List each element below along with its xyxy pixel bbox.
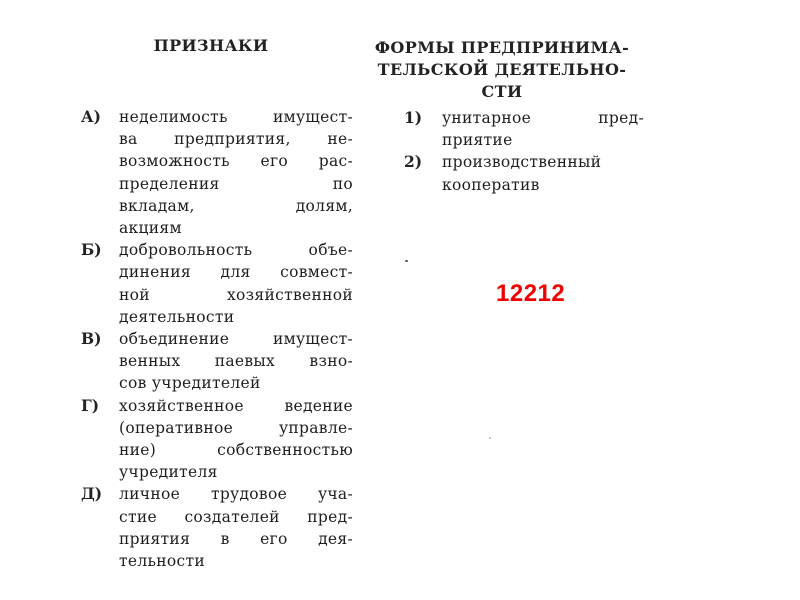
answer-code: 12212 [496, 280, 565, 308]
form-item: 2)производственныйкооператив [404, 151, 644, 195]
scan-speck [489, 437, 491, 439]
feature-item-text-line: ва предприятия, не- [119, 128, 353, 150]
feature-item-text-line: стие создателей пред- [119, 506, 353, 528]
form-item-text-line: производственный [442, 151, 644, 173]
feature-item-text-line: объединение имущест- [119, 328, 353, 350]
forms-header-line: ТЕЛЬСКОЙ ДЕЯТЕЛЬНО- [352, 59, 652, 81]
forms-column-header: ФОРМЫ ПРЕДПРИНИМА- ТЕЛЬСКОЙ ДЕЯТЕЛЬНО- С… [352, 37, 652, 103]
feature-item: Г)хозяйственное ведение(оперативное упра… [81, 395, 353, 484]
scan-speck [405, 260, 408, 262]
feature-item-text-line: сов учредителей [119, 372, 353, 394]
feature-item-text-line: венных паевых взно- [119, 350, 353, 372]
feature-item-marker: Б) [81, 239, 102, 261]
feature-item-marker: А) [81, 106, 101, 128]
feature-item-text-line: учредителя [119, 461, 353, 483]
feature-item-text-line: возможность его рас- [119, 150, 353, 172]
form-item-marker: 2) [404, 151, 422, 173]
form-item: 1)унитарное пред-приятие [404, 107, 644, 151]
feature-item-text-line: вкладам, долям, [119, 195, 353, 217]
forms-header-line: СТИ [352, 81, 652, 103]
forms-list: 1)унитарное пред-приятие2)производственн… [404, 107, 644, 196]
form-item-marker: 1) [404, 107, 422, 129]
feature-item-text-line: хозяйственное ведение [119, 395, 353, 417]
feature-item-marker: В) [81, 328, 101, 350]
form-item-text-line: приятие [442, 129, 644, 151]
feature-item-text-line: личное трудовое уча- [119, 483, 353, 505]
feature-item-text-line: (оперативное управле- [119, 417, 353, 439]
features-list: А)неделимость имущест-ва предприятия, не… [81, 106, 353, 572]
feature-item-text-line: неделимость имущест- [119, 106, 353, 128]
feature-item-text-line: динения для совмест- [119, 261, 353, 283]
feature-item-marker: Д) [81, 483, 102, 505]
features-column-header: ПРИЗНАКИ [136, 35, 286, 57]
feature-item-text-line: ние) собственностью [119, 439, 353, 461]
feature-item-text-line: приятия в его дея- [119, 528, 353, 550]
forms-header-line: ФОРМЫ ПРЕДПРИНИМА- [352, 37, 652, 59]
feature-item-text-line: деятельности [119, 306, 353, 328]
feature-item: Д)личное трудовое уча-стие создателей пр… [81, 483, 353, 572]
feature-item-text-line: добровольность объе- [119, 239, 353, 261]
form-item-text-line: кооператив [442, 174, 644, 196]
feature-item: Б)добровольность объе-динения для совмес… [81, 239, 353, 328]
feature-item: В)объединение имущест-венных паевых взно… [81, 328, 353, 395]
feature-item-text-line: ной хозяйственной [119, 284, 353, 306]
feature-item-text-line: акциям [119, 217, 353, 239]
feature-item: А)неделимость имущест-ва предприятия, не… [81, 106, 353, 239]
feature-item-text-line: тельности [119, 550, 353, 572]
feature-item-marker: Г) [81, 395, 99, 417]
feature-item-text-line: пределения по [119, 173, 353, 195]
form-item-text-line: унитарное пред- [442, 107, 644, 129]
